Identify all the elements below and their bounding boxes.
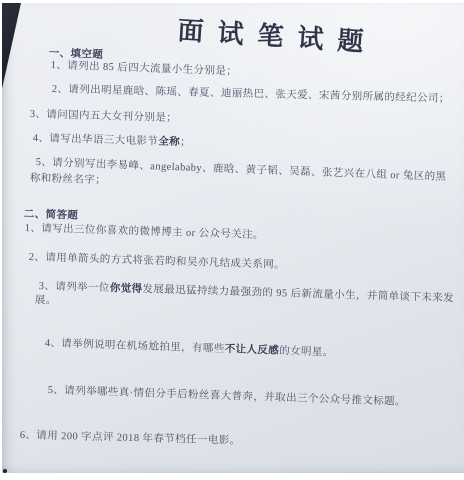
section1-question-5-line2: 称和粉丝名字； [30,170,107,187]
section1-question-4: 4、请写出华语三大电影节全称； [33,130,192,149]
question-text: 发展最迅猛持续力最强劲的 95 后新流量小生，并简单谈下未来发 [142,284,454,304]
question-text: 的女明星。 [279,346,334,359]
speck [3,469,7,473]
section2-question-6: 6、请用 200 字点评 2018 年春节档任一电影。 [20,427,241,448]
question-text-bold: 不让人反感 [224,344,279,357]
question-text: ； [180,137,191,148]
section2-question-3-line2: 展。 [35,292,57,308]
section1-question-2: 2、请列出明星鹿晗、陈瑶、春夏、迪丽热巴、张天爱、宋茜分别所属的经纪公司； [52,81,450,106]
question-text-bold: 全称 [158,137,180,149]
section2-question-5: 5、请列举哪些真·情侣分手后粉丝喜大普奔，并取出三个公众号推文标题。 [48,382,407,409]
section2-question-1: 1、请写出三位你喜欢的微博博主 or 公众号关注。 [25,220,265,242]
section2-question-3-line1: 3、请列举一位你觉得发展最迅猛持续力最强劲的 95 后新流量小生，并简单谈下未来… [39,278,455,305]
question-text-bold: 你觉得 [110,283,143,295]
section1-question-1: 1、请列出 85 后四大流量小生分别是； [50,57,237,78]
section1-question-3: 3、请问国内五大女刊分别是； [30,106,178,125]
section2-question-2: 2、请用单箭头的方式将张若昀和吴亦凡结成关系网。 [29,249,286,272]
photo-frame: 面试笔试题 一、填空题 1、请列出 85 后四大流量小生分别是； 2、请列出明星… [0,0,464,480]
table-background-corner [2,3,21,89]
question-text: 4、请写出华语三大电影节 [33,133,159,148]
page-title: 面试笔试题 [177,10,379,59]
section2-question-4: 4、请举例说明在机场尬拍里，有哪些不让人反感的女明星。 [45,335,334,360]
question-text: 4、请举例说明在机场尬拍里，有哪些 [45,338,225,355]
paper-photo: 面试笔试题 一、填空题 1、请列出 85 后四大流量小生分别是； 2、请列出明星… [2,3,464,473]
